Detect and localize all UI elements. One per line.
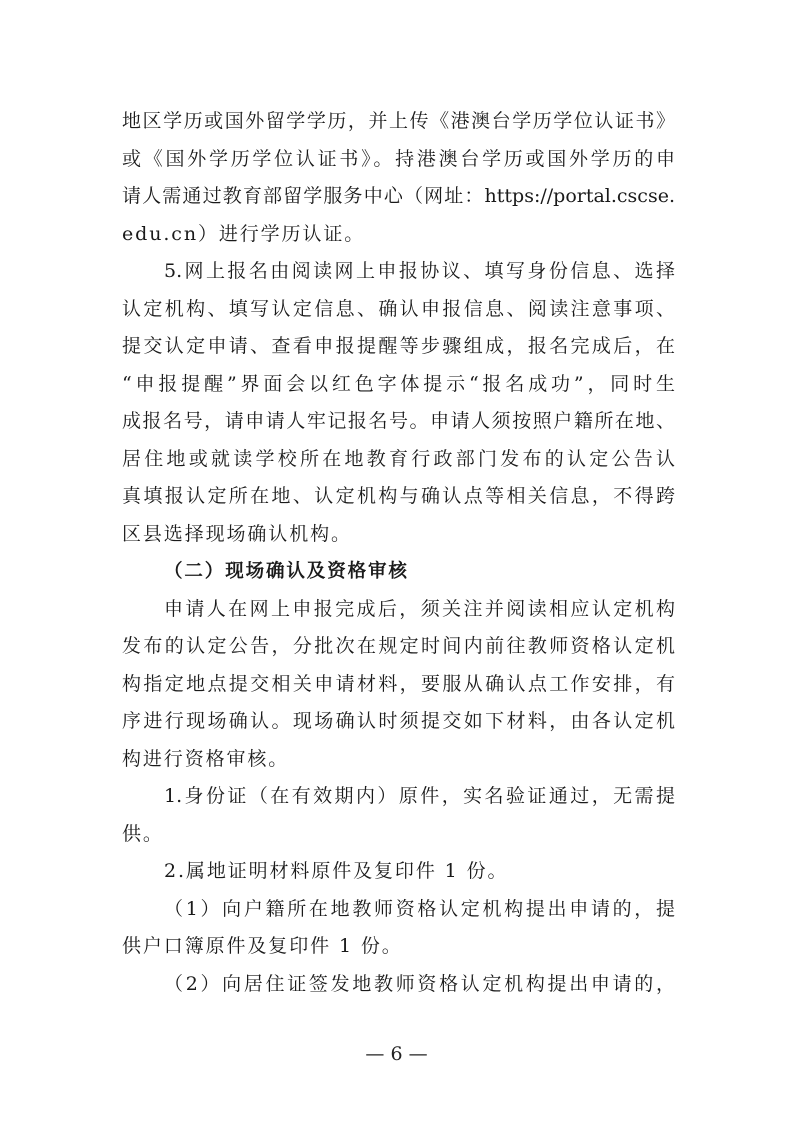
paragraph-line: 供户口簿原件及复印件 1 份。: [122, 928, 675, 966]
paragraph-line: （1）向户籍所在地教师资格认定机构提出申请的，提: [122, 891, 675, 929]
paragraph-line: 真填报认定所在地、认定机构与确认点等相关信息，不得跨: [122, 478, 675, 516]
document-page: 地区学历或国外留学学历，并上传《港澳台学历学位认证书》 或《国外学历学位认证书》…: [0, 0, 793, 1122]
paragraph-line: 1.身份证（在有效期内）原件，实名验证通过，无需提: [122, 778, 675, 816]
paragraph-line: 供。: [122, 816, 675, 854]
paragraph-line: 成报名号，请申请人牢记报名号。申请人须按照户籍所在地、: [122, 403, 675, 441]
paragraph-line: 或《国外学历学位认证书》。持港澳台学历或国外学历的申: [122, 141, 675, 179]
paragraph-line: 5.网上报名由阅读网上申报协议、填写身份信息、选择: [122, 253, 675, 291]
paragraph-line: 居住地或就读学校所在地教育行政部门发布的认定公告认: [122, 441, 675, 479]
document-body: 地区学历或国外留学学历，并上传《港澳台学历学位认证书》 或《国外学历学位认证书》…: [122, 103, 675, 1003]
paragraph-line: 发布的认定公告，分批次在规定时间内前往教师资格认定机: [122, 628, 675, 666]
paragraph-line: 地区学历或国外留学学历，并上传《港澳台学历学位认证书》: [122, 103, 675, 141]
page-number: — 6 —: [0, 1040, 793, 1068]
paragraph-line: 构指定地点提交相关申请材料，要服从确认点工作安排，有: [122, 666, 675, 704]
paragraph-line: 申请人在网上申报完成后，须关注并阅读相应认定机构: [122, 591, 675, 629]
paragraph-line: 请人需通过教育部留学服务中心（网址：https://portal.cscse.: [122, 178, 675, 216]
paragraph-line: 提交认定申请、查看申报提醒等步骤组成，报名完成后，在: [122, 328, 675, 366]
paragraph-line: “申报提醒”界面会以红色字体提示“报名成功”，同时生: [122, 366, 675, 404]
paragraph-line: edu.cn）进行学历认证。: [122, 216, 675, 254]
paragraph-line: （2）向居住证签发地教师资格认定机构提出申请的，: [122, 966, 675, 1004]
paragraph-line: 2.属地证明材料原件及复印件 1 份。: [122, 853, 675, 891]
paragraph-line: 认定机构、填写认定信息、确认申报信息、阅读注意事项、: [122, 291, 675, 329]
section-heading: （二）现场确认及资格审核: [122, 553, 675, 591]
paragraph-line: 构进行资格审核。: [122, 741, 675, 779]
paragraph-line: 区县选择现场确认机构。: [122, 516, 675, 554]
paragraph-line: 序进行现场确认。现场确认时须提交如下材料，由各认定机: [122, 703, 675, 741]
